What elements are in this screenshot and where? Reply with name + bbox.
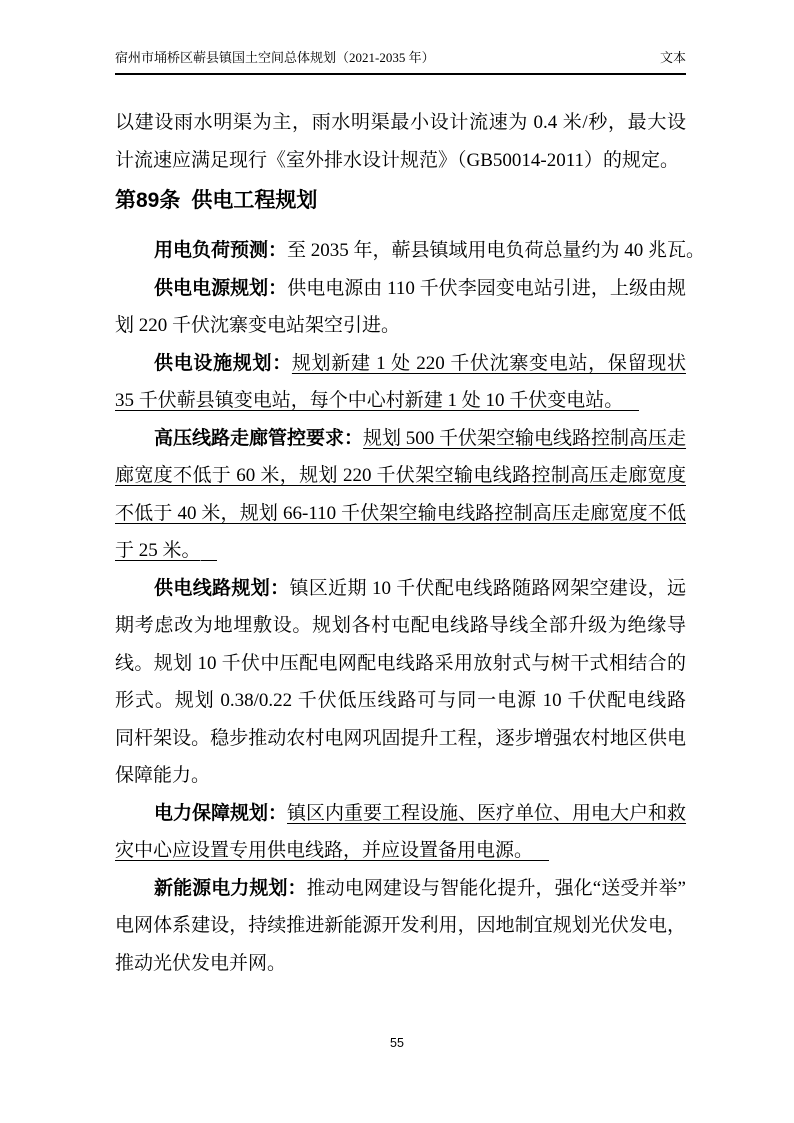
text-segment: 供电电源由 110 千伏李园变电站引进，上级由规 (287, 278, 686, 299)
paragraph: 高压线路走廊管控要求：规划 500 千伏架空输电线路控制高压走廊宽度不低于 60… (115, 420, 686, 570)
text-line: 新能源电力规划：推动电网建设与智能化提升，强化“送受并举” (115, 870, 686, 908)
text-line: 计流速应满足现行《室外排水设计规范》（GB50014-2011）的规定。 (115, 142, 686, 180)
text-segment: 推动光伏发电并网。 (115, 953, 286, 974)
bold-label: 供电线路规划： (154, 578, 289, 599)
paragraph: 供电线路规划：镇区近期 10 千伏配电线路随路网架空建设，远期考虑改为地埋敷设。… (115, 570, 686, 795)
page-footer: 55 (0, 1036, 794, 1050)
text-segment: 划 220 千伏沈寨变电站架空引进。 (115, 315, 400, 336)
underlined-text: 35 千伏蕲县镇变电站，每个中心村新建 1 处 10 千伏变电站。 (115, 390, 623, 411)
underlined-text: 灾中心应设置专用供电线路，并应设置备用电源。 (115, 840, 533, 861)
text-line: 高压线路走廊管控要求：规划 500 千伏架空输电线路控制高压走 (115, 420, 686, 458)
underlined-text: 镇区内重要工程设施、医疗单位、用电大户和救 (287, 803, 686, 824)
underlined-text: 不低于 40 米，规划 66-110 千伏架空输电线路控制高压走廊宽度不低 (115, 503, 686, 524)
text-line: 供电电源规划：供电电源由 110 千伏李园变电站引进，上级由规 (115, 270, 686, 308)
article-number: 第89条 (115, 189, 180, 212)
text-segment: 镇区近期 10 千伏配电线路随路网架空建设，远 (289, 578, 686, 599)
text-line: 期考虑改为地埋敷设。规划各村屯配电线路导线全部升级为绝缘导 (115, 607, 686, 645)
text-line: 电力保障规划：镇区内重要工程设施、医疗单位、用电大户和救 (115, 795, 686, 833)
bold-label: 高压线路走廊管控要求： (154, 428, 363, 449)
paragraph: 供电设施规划：规划新建 1 处 220 千伏沈寨变电站，保留现状35 千伏蕲县镇… (115, 345, 686, 420)
paragraph: 电力保障规划：镇区内重要工程设施、医疗单位、用电大户和救灾中心应设置专用供电线路… (115, 795, 686, 870)
underlined-text: 廊宽度不低于 60 米，规划 220 千伏架空输电线路控制高压走廊宽度 (115, 465, 686, 486)
underline-extension (533, 852, 549, 861)
text-line: 推动光伏发电并网。 (115, 945, 686, 983)
text-segment: 计流速应满足现行《室外排水设计规范》（GB50014-2011）的规定。 (115, 150, 679, 171)
header-doc-type: 文本 (660, 50, 686, 66)
bold-label: 供电电源规划： (154, 278, 287, 299)
text-line: 划 220 千伏沈寨变电站架空引进。 (115, 307, 686, 345)
underlined-text: 于 25 米。 (115, 540, 201, 561)
paragraph: 供电电源规划：供电电源由 110 千伏李园变电站引进，上级由规划 220 千伏沈… (115, 270, 686, 345)
bold-label: 供电设施规划： (154, 353, 292, 374)
document-body: 以建设雨水明渠为主，雨水明渠最小设计流速为 0.4 米/秒，最大设计流速应满足现… (115, 104, 686, 982)
text-line: 廊宽度不低于 60 米，规划 220 千伏架空输电线路控制高压走廊宽度 (115, 457, 686, 495)
bold-label: 电力保障规划： (154, 803, 287, 824)
text-line: 线。规划 10 千伏中压配电网配电线路采用放射式与树干式相结合的 (115, 645, 686, 683)
text-segment: 形式。规划 0.38/0.22 千伏低压线路可与同一电源 10 千伏配电线路 (115, 690, 686, 711)
header-title: 宿州市埇桥区蕲县镇国土空间总体规划（2021-2035 年） (115, 50, 435, 66)
article-heading: 第89条供电工程规划 (115, 182, 686, 220)
text-segment: 线。规划 10 千伏中压配电网配电线路采用放射式与树干式相结合的 (115, 653, 686, 674)
text-line: 用电负荷预测：至 2035 年，蕲县镇域用电负荷总量约为 40 兆瓦。 (115, 232, 686, 270)
text-segment: 至 2035 年，蕲县镇域用电负荷总量约为 40 兆瓦。 (287, 240, 705, 261)
text-line: 不低于 40 米，规划 66-110 千伏架空输电线路控制高压走廊宽度不低 (115, 495, 686, 533)
document-page: 宿州市埇桥区蕲县镇国土空间总体规划（2021-2035 年） 文本 以建设雨水明… (0, 0, 794, 1123)
article-title: 供电工程规划 (191, 189, 317, 212)
paragraph: 以建设雨水明渠为主，雨水明渠最小设计流速为 0.4 米/秒，最大设计流速应满足现… (115, 104, 686, 179)
underline-extension (201, 552, 217, 561)
text-line: 同杆架设。稳步推动农村电网巩固提升工程，逐步增强农村地区供电 (115, 720, 686, 758)
text-line: 形式。规划 0.38/0.22 千伏低压线路可与同一电源 10 千伏配电线路 (115, 682, 686, 720)
text-line: 供电线路规划：镇区近期 10 千伏配电线路随路网架空建设，远 (115, 570, 686, 608)
page-header: 宿州市埇桥区蕲县镇国土空间总体规划（2021-2035 年） 文本 (115, 50, 686, 75)
text-line: 35 千伏蕲县镇变电站，每个中心村新建 1 处 10 千伏变电站。 (115, 382, 686, 420)
page-number: 55 (390, 1036, 404, 1050)
text-segment: 保障能力。 (115, 765, 210, 786)
text-line: 电网体系建设，持续推进新能源开发利用，因地制宜规划光伏发电， (115, 907, 686, 945)
text-segment: 以建设雨水明渠为主，雨水明渠最小设计流速为 0.4 米/秒，最大设 (115, 112, 686, 133)
text-segment: 推动电网建设与智能化提升，强化“送受并举” (307, 878, 686, 899)
text-segment: 电网体系建设，持续推进新能源开发利用，因地制宜规划光伏发电， (115, 915, 686, 936)
paragraph: 用电负荷预测：至 2035 年，蕲县镇域用电负荷总量约为 40 兆瓦。 (115, 232, 686, 270)
paragraph: 新能源电力规划：推动电网建设与智能化提升，强化“送受并举”电网体系建设，持续推进… (115, 870, 686, 983)
text-line: 保障能力。 (115, 757, 686, 795)
text-segment: 同杆架设。稳步推动农村电网巩固提升工程，逐步增强农村地区供电 (115, 728, 686, 749)
text-line: 灾中心应设置专用供电线路，并应设置备用电源。 (115, 832, 686, 870)
text-segment: 期考虑改为地埋敷设。规划各村屯配电线路导线全部升级为绝缘导 (115, 615, 686, 636)
underlined-text: 规划 500 千伏架空输电线路控制高压走 (363, 428, 686, 449)
underline-extension (623, 402, 639, 411)
underlined-text: 规划新建 1 处 220 千伏沈寨变电站，保留现状 (292, 353, 686, 374)
text-line: 供电设施规划：规划新建 1 处 220 千伏沈寨变电站，保留现状 (115, 345, 686, 383)
bold-label: 新能源电力规划： (154, 878, 307, 899)
text-line: 于 25 米。 (115, 532, 686, 570)
text-line: 以建设雨水明渠为主，雨水明渠最小设计流速为 0.4 米/秒，最大设 (115, 104, 686, 142)
bold-label: 用电负荷预测： (154, 240, 287, 261)
